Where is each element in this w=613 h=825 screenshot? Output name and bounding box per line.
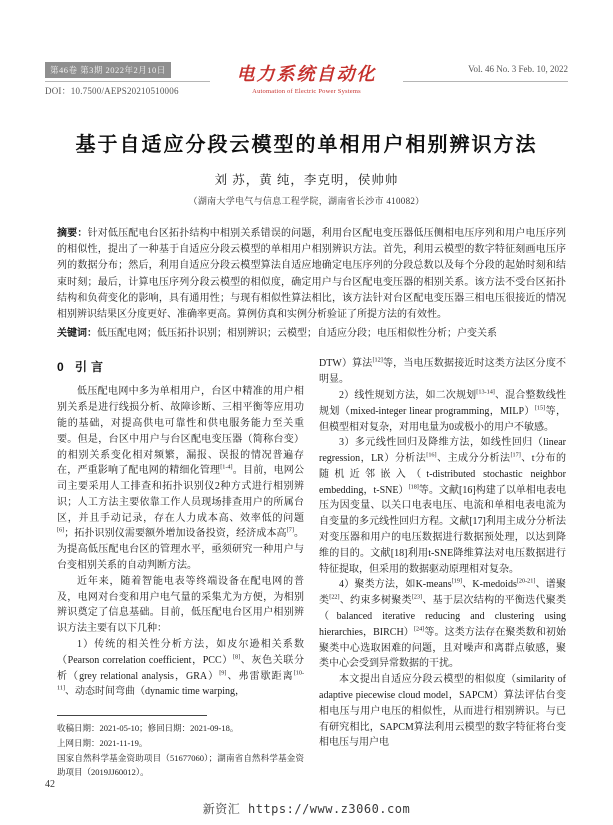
- body-paragraph: 低压配电网中多为单相用户，台区中精准的用户相别关系是进行线损分析、故障诊断、三相…: [57, 384, 304, 574]
- header-left: 第46卷 第3期 2022年2月10日 DOI：10.7500/AEPS2021…: [45, 60, 230, 97]
- authors-line: 刘 苏，黄 纯，李克明，侯帅帅: [0, 170, 613, 188]
- paper-page: 第46卷 第3期 2022年2月10日 DOI：10.7500/AEPS2021…: [0, 0, 613, 825]
- footnote-line: 上网日期：2021-11-19。: [57, 736, 304, 751]
- journal-header: 第46卷 第3期 2022年2月10日 DOI：10.7500/AEPS2021…: [0, 0, 613, 100]
- body-paragraph: 1）传统的相关性分析方法，如皮尔逊相关系数（Pearson correlatio…: [57, 637, 304, 700]
- footnote-line: 国家自然科学基金资助项目（51677060）；湖南省自然科学基金资助项目（201…: [57, 751, 304, 781]
- left-column: 0 引言 低压配电网中多为单相用户，台区中精准的用户相别关系是进行线损分析、故障…: [57, 356, 304, 780]
- journal-logo-block: 电力系统自动化 Automation of Electric Power Sys…: [230, 60, 383, 95]
- right-column: DTW）算法[12]等，当电压数据接近时这类方法区分度不明显。 2）线性规划方法…: [319, 356, 566, 780]
- page-number: 42: [45, 779, 55, 790]
- body-paragraph: 近年来，随着智能电表等终端设备在配电网的普及，电网对台变和用户电气量的采集尤为方…: [57, 574, 304, 637]
- keywords-label: 关键词：: [57, 328, 97, 339]
- body-paragraph: 4）聚类方法，如K-means[19]、K-medoids[20-21]、谱聚类…: [319, 577, 566, 672]
- footnote-line: 收稿日期：2021-05-10；修回日期：2021-09-18。: [57, 721, 304, 736]
- header-rule-right: [403, 81, 568, 82]
- abstract-label: 摘要：: [57, 228, 88, 239]
- paper-title: 基于自适应分段云模型的单相用户相别辨识方法: [40, 128, 573, 157]
- footnote-block: 收稿日期：2021-05-10；修回日期：2021-09-18。 上网日期：20…: [57, 709, 304, 781]
- footnote-rule: [57, 715, 207, 716]
- keywords-block: 关键词：低压配电网；低压拓扑识别；相别辨识；云模型；自适应分段；电压相似性分析；…: [57, 326, 566, 342]
- keywords-text: 低压配电网；低压拓扑识别；相别辨识；云模型；自适应分段；电压相似性分析；户变关系: [97, 328, 497, 339]
- volume-info: Vol. 46 No. 3 Feb. 10, 2022: [383, 64, 568, 74]
- header-right: Vol. 46 No. 3 Feb. 10, 2022: [383, 60, 568, 74]
- body-paragraph: 3）多元线性回归及降维方法，如线性回归（linear regression，LR…: [319, 435, 566, 577]
- body-paragraph: 2）线性规划方法，如二次规划[13-14]、混合整数线性规划（mixed-int…: [319, 388, 566, 435]
- journal-logo: 电力系统自动化: [230, 60, 383, 86]
- section-heading-intro: 0 引言: [57, 358, 304, 375]
- header-rule-left: [45, 81, 210, 82]
- watermark: 新资汇 https://www.z3060.com: [0, 800, 613, 817]
- journal-logo-english: Automation of Electric Power Systems: [230, 88, 383, 95]
- abstract-block: 摘要：针对低压配电台区拓扑结构中相别关系错误的问题，利用台区配电变压器低压侧相电…: [57, 226, 566, 323]
- abstract-text: 针对低压配电台区拓扑结构中相别关系错误的问题，利用台区配电变压器低压侧相电压序列…: [57, 228, 566, 320]
- affiliation-line: （湖南大学电气与信息工程学院，湖南省长沙市 410082）: [0, 194, 613, 207]
- body-paragraph: DTW）算法[12]等，当电压数据接近时这类方法区分度不明显。: [319, 356, 566, 388]
- doi-text: DOI：10.7500/AEPS20210510006: [45, 84, 230, 97]
- body-paragraph: 本文提出自适应分段云模型的相似度（similarity of adaptive …: [319, 672, 566, 751]
- issue-badge: 第46卷 第3期 2022年2月10日: [45, 62, 171, 78]
- body-columns: 0 引言 低压配电网中多为单相用户，台区中精准的用户相别关系是进行线损分析、故障…: [57, 356, 566, 780]
